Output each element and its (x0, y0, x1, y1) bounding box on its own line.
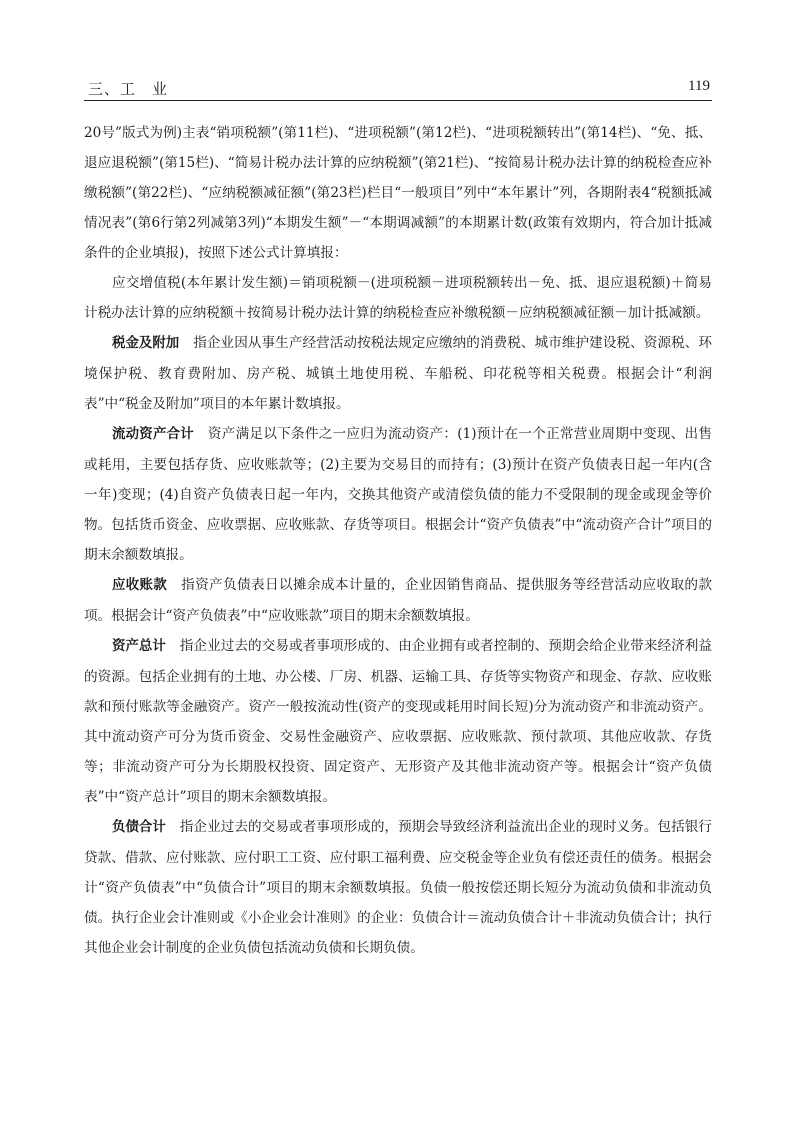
paragraph-text: 应交增值税(本年累计发生额)＝销项税额－(进项税额－进项税额转出－免、抵、退应退… (84, 275, 712, 321)
paragraph-text: 指企业过去的交易或者事项形成的，预期会导致经济利益流出企业的现时义务。包括银行贷… (84, 819, 712, 956)
paragraph-text: 20号”版式为例)主表“销项税额”(第11栏)、“进项税额”(第12栏)、“进项… (84, 125, 712, 261)
term-heading: 税金及附加 (112, 336, 179, 351)
paragraph-current-assets: 流动资产合计资产满足以下条件之一应归为流动资产：(1)预计在一个正常营业周期中变… (84, 419, 712, 570)
paragraph-formula: 应交增值税(本年累计发生额)＝销项税额－(进项税额－进项税额转出－免、抵、退应退… (84, 268, 712, 328)
paragraph-text: 指资产负债表日以摊余成本计量的，企业因销售商品、提供服务等经营活动应收取的款项。… (84, 577, 712, 624)
paragraph-continuation: 20号”版式为例)主表“销项税额”(第11栏)、“进项税额”(第12栏)、“进项… (84, 118, 712, 268)
term-heading: 资产总计 (112, 639, 166, 654)
paragraph-text: 资产满足以下条件之一应归为流动资产：(1)预计在一个正常营业周期中变现、出售或耗… (84, 426, 712, 563)
term-heading: 负债合计 (112, 820, 166, 835)
paragraph-accounts-receivable: 应收账款指资产负债表日以摊余成本计量的，企业因销售商品、提供服务等经营活动应收取… (84, 570, 712, 631)
term-heading: 流动资产合计 (112, 427, 194, 442)
page-number: 119 (688, 78, 710, 95)
term-heading: 应收账款 (112, 578, 167, 593)
section-title: 三、工 业 (88, 78, 168, 99)
paragraph-text: 指企业过去的交易或者事项形成的、由企业拥有或者控制的、预期会给企业带来经济利益的… (84, 638, 712, 805)
paragraph-total-liabilities: 负债合计指企业过去的交易或者事项形成的，预期会导致经济利益流出企业的现时义务。包… (84, 812, 712, 963)
paragraph-taxes-surcharges: 税金及附加指企业因从事生产经营活动按税法规定应缴纳的消费税、城市维护建设税、资源… (84, 328, 712, 419)
page-body: 20号”版式为例)主表“销项税额”(第11栏)、“进项税额”(第12栏)、“进项… (84, 118, 712, 963)
paragraph-total-assets: 资产总计指企业过去的交易或者事项形成的、由企业拥有或者控制的、预期会给企业带来经… (84, 631, 712, 812)
running-header: 三、工 业 119 (84, 78, 712, 101)
